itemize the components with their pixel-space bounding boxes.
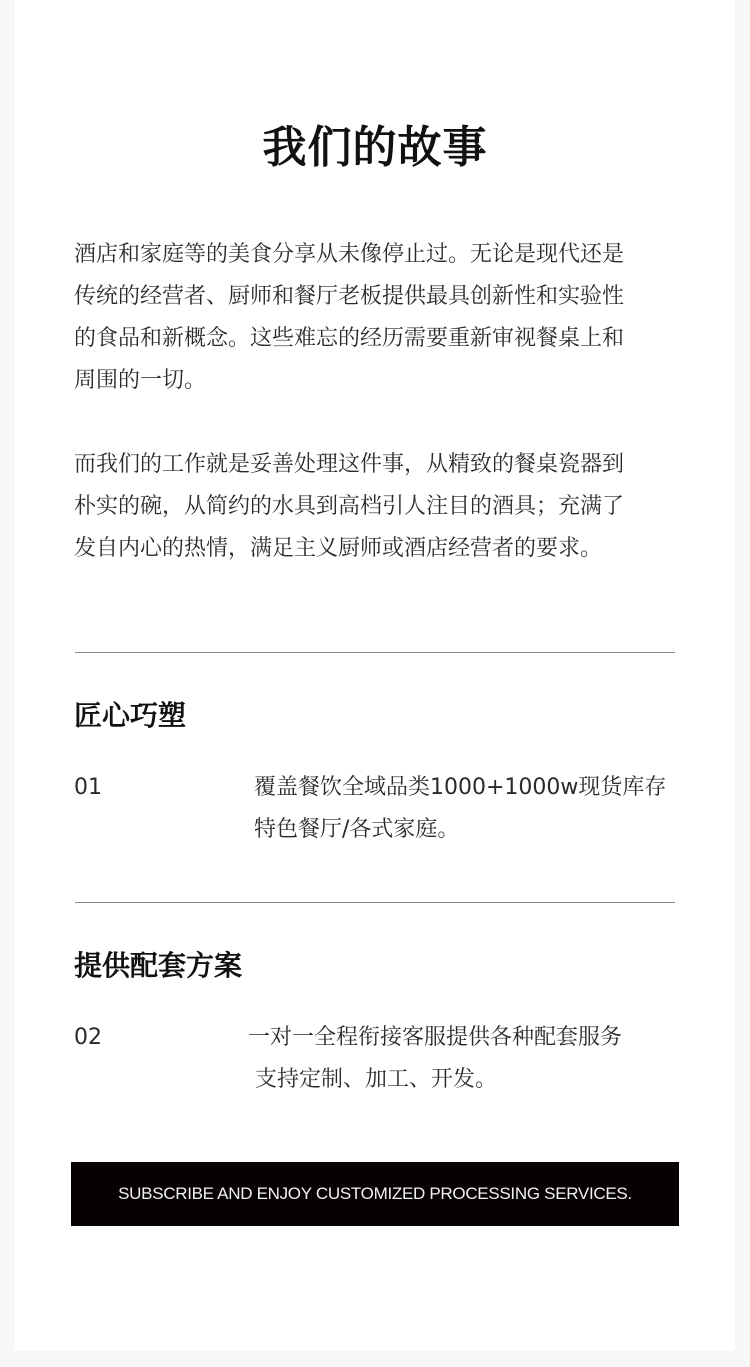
- section-2-line-2: 支持定制、加工、开发。: [248, 1059, 497, 1101]
- page-title: 我们的故事: [0, 118, 750, 178]
- section-1-line-1: 覆盖餐饮全域品类1000+1000w现货库存: [254, 767, 666, 809]
- story-paragraph-2: 而我们的工作就是妥善处理这件事，从精致的餐桌瓷器到 朴实的碗，从简约的水具到高档…: [74, 444, 679, 570]
- subscribe-button[interactable]: SUBSCRIBE AND ENJOY CUSTOMIZED PROCESSIN…: [71, 1162, 679, 1226]
- section-2-line-1: 一对一全程衔接客服提供各种配套服务: [248, 1017, 622, 1059]
- section-1-line-2: 特色餐厅/各式家庭。: [254, 809, 459, 851]
- section-number-01: 01: [74, 767, 102, 809]
- subscribe-button-label: SUBSCRIBE AND ENJOY CUSTOMIZED PROCESSIN…: [118, 1184, 632, 1204]
- section-heading-craftsmanship: 匠心巧塑: [74, 696, 186, 736]
- section-number-02: 02: [74, 1017, 102, 1059]
- story-paragraph-1: 酒店和家庭等的美食分享从未像停止过。无论是现代还是 传统的经营者、厨师和餐厅老板…: [74, 234, 679, 402]
- section-divider-1: [75, 652, 675, 653]
- content-card: [15, 0, 735, 1351]
- section-divider-2: [75, 902, 675, 903]
- section-heading-solutions: 提供配套方案: [74, 946, 242, 986]
